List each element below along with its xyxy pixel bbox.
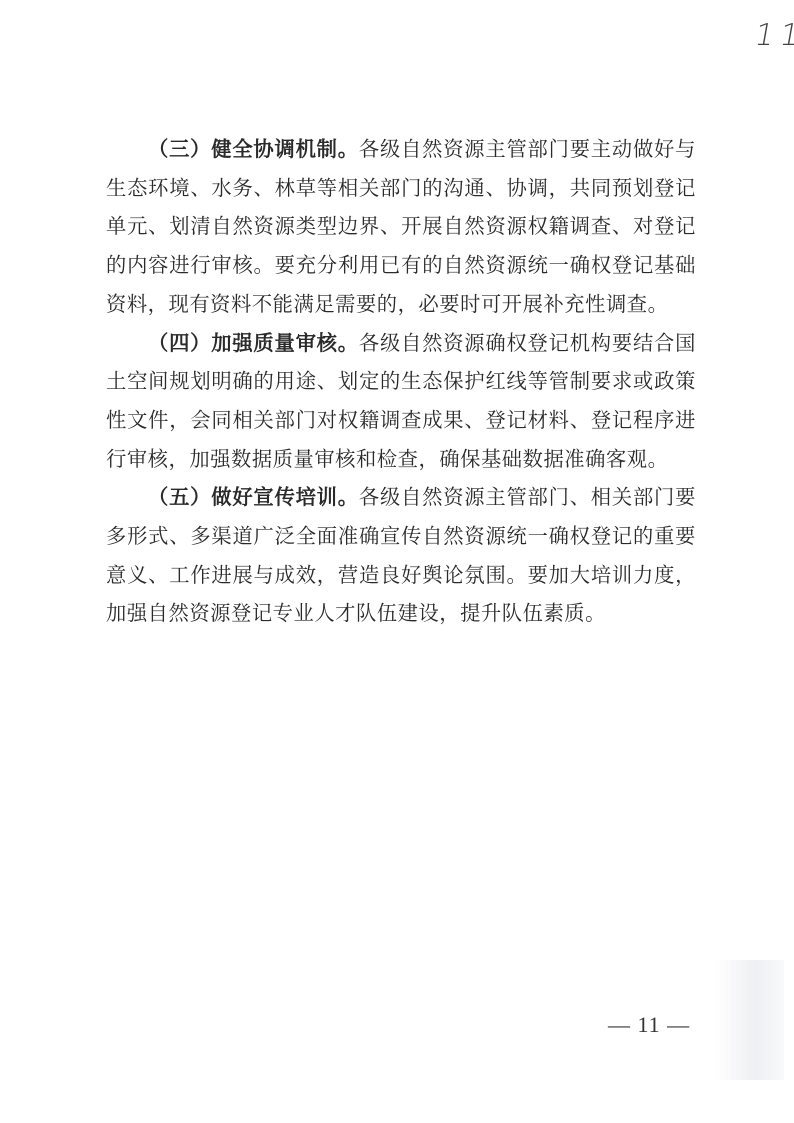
paragraph-coordination-mechanism: （三）健全协调机制。各级自然资源主管部门要主动做好与生态环境、水务、林草等相关部… xyxy=(106,130,696,324)
scan-shading xyxy=(714,960,784,1080)
paragraph-heading: （三）健全协调机制。 xyxy=(148,137,359,161)
paragraph-heading: （五）做好宣传培训。 xyxy=(148,485,359,509)
paragraph-quality-review: （四）加强质量审核。各级自然资源确权登记机构要结合国土空间规划明确的用途、划定的… xyxy=(106,324,696,479)
handwritten-page-mark: 11 xyxy=(752,18,794,53)
paragraph-text: 各级自然资源主管部门要主动做好与生态环境、水务、林草等相关部门的沟通、协调，共同… xyxy=(106,137,696,316)
paragraph-heading: （四）加强质量审核。 xyxy=(148,331,359,355)
page-number-footer: — 11 — xyxy=(608,1012,690,1038)
paragraph-publicity-training: （五）做好宣传培训。各级自然资源主管部门、相关部门要多形式、多渠道广泛全面准确宣… xyxy=(106,478,696,633)
document-body: （三）健全协调机制。各级自然资源主管部门要主动做好与生态环境、水务、林草等相关部… xyxy=(106,130,696,633)
